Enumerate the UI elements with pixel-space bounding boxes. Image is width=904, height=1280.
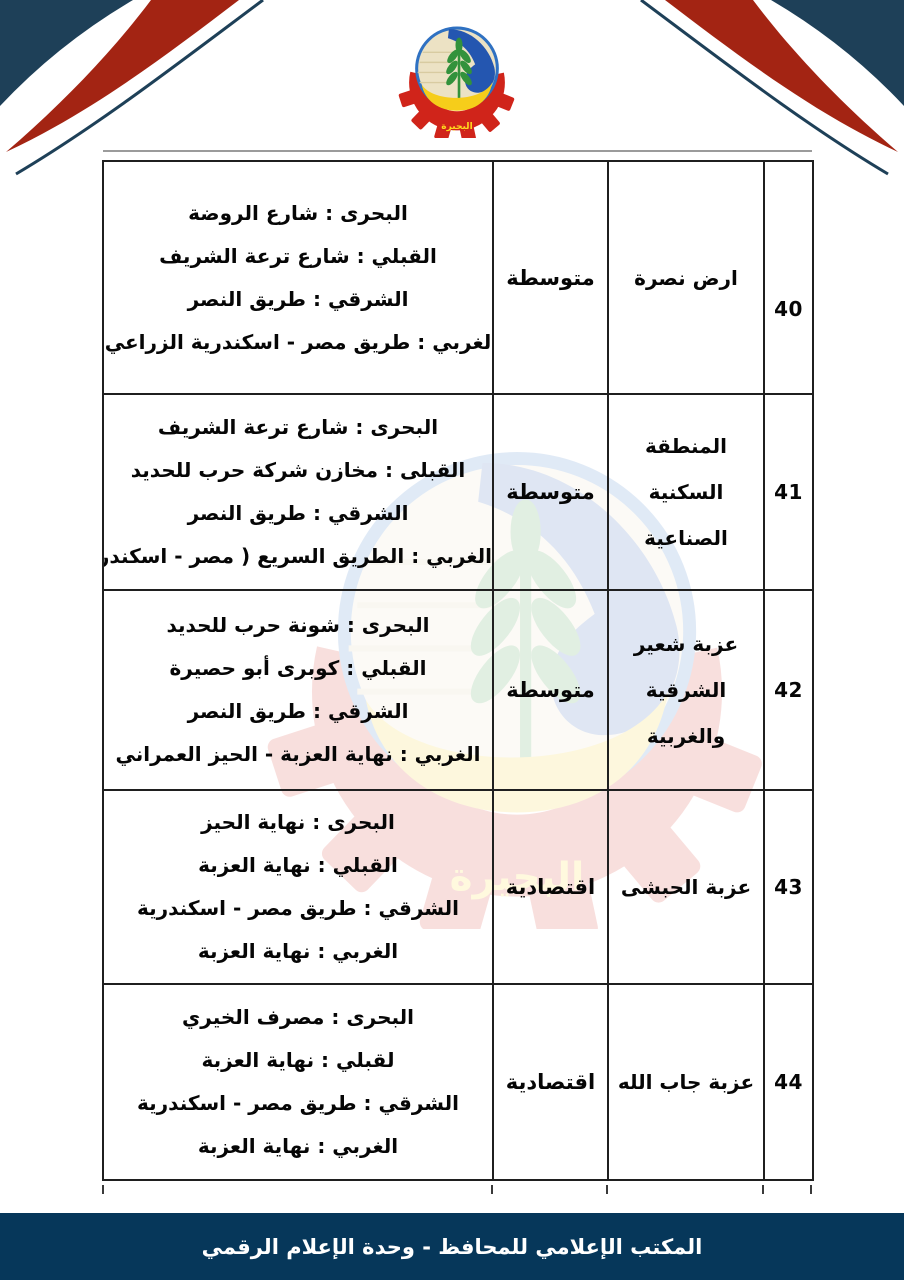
table-row: 42 عزبة شعير الشرقية والغربية متوسطة الب… [103, 590, 813, 790]
boundaries-cell: البحرى : شارع الروضة القبلي : شارع ترعة … [103, 161, 493, 394]
boundary-line-south: القبلي : شارع ترعة الشريف [104, 235, 492, 278]
document-page: البحيرة 40 ارض نصرة متوسطة [0, 0, 904, 1280]
row-number: 40 [764, 161, 813, 394]
boundaries-cell: البحرى : شارع ترعة الشريف القبلى : مخازن… [103, 394, 493, 590]
boundary-line-east: الشرقي : طريق النصر [104, 492, 492, 535]
boundary-line-east: الشرقي : طريق النصر [104, 278, 492, 321]
boundaries-table: 40 ارض نصرة متوسطة البحرى : شارع الروضة … [102, 160, 814, 1181]
row-number: 44 [764, 984, 813, 1180]
row-number: 43 [764, 790, 813, 984]
table-cut-line-top [103, 150, 812, 152]
boundaries-cell: البحرى : نهاية الحيز القبلي : نهاية العز… [103, 790, 493, 984]
classification: متوسطة [493, 394, 608, 590]
area-name: عزبة جاب الله [608, 984, 764, 1180]
boundary-line-west: الغربي : نهاية العزبة [104, 930, 492, 973]
boundary-line-east: الشرقي : طريق النصر [104, 690, 492, 733]
boundary-line-south: لقبلي : نهاية العزبة [104, 1039, 492, 1082]
table-row: 40 ارض نصرة متوسطة البحرى : شارع الروضة … [103, 161, 813, 394]
boundary-line-east: الشرقي : طريق مصر - اسكندرية [104, 1082, 492, 1125]
row-number: 41 [764, 394, 813, 590]
boundary-line-south: القبلى : مخازن شركة حرب للحديد [104, 449, 492, 492]
boundaries-cell: البحرى : شونة حرب للحديد القبلي : كوبرى … [103, 590, 493, 790]
footer-bar: المكتب الإعلامي للمحافظ - وحدة الإعلام ا… [0, 1213, 904, 1280]
boundary-line-north: البحرى : مصرف الخيري [104, 996, 492, 1039]
table-row: 41 المنطقة السكنية الصناعية متوسطة البحر… [103, 394, 813, 590]
right-ribbon [641, 0, 904, 174]
classification: متوسطة [493, 590, 608, 790]
boundary-line-south: القبلي : نهاية العزبة [104, 844, 492, 887]
table-row: 44 عزبة جاب الله اقتصادية البحرى : مصرف … [103, 984, 813, 1180]
table-row: 43 عزبة الحبشى اقتصادية البحرى : نهاية ا… [103, 790, 813, 984]
boundary-line-east: الشرقي : طريق مصر - اسكندرية [104, 887, 492, 930]
boundary-line-west: لغربي : طريق مصر - اسكندرية الزراعي [104, 321, 492, 364]
boundary-line-west: الغربي : نهاية العزبة [104, 1125, 492, 1168]
boundary-line-west: الغربي : نهاية العزبة - الحيز العمراني [104, 733, 492, 776]
classification: اقتصادية [493, 790, 608, 984]
area-name: عزبة الحبشى [608, 790, 764, 984]
classification: اقتصادية [493, 984, 608, 1180]
beheira-governorate-logo [396, 20, 518, 138]
area-name: عزبة شعير الشرقية والغربية [608, 590, 764, 790]
boundary-line-north: البحرى : شارع ترعة الشريف [104, 406, 492, 449]
area-name: المنطقة السكنية الصناعية [608, 394, 764, 590]
classification: متوسطة [493, 161, 608, 394]
row-number: 42 [764, 590, 813, 790]
footer-text: المكتب الإعلامي للمحافظ - وحدة الإعلام ا… [202, 1235, 703, 1259]
area-name: ارض نصرة [608, 161, 764, 394]
left-ribbon [0, 0, 263, 174]
table-cut-row-stub [0, 1185, 904, 1194]
boundary-line-north: البحرى : شارع الروضة [104, 192, 492, 235]
boundaries-cell: البحرى : مصرف الخيري لقبلي : نهاية العزب… [103, 984, 493, 1180]
boundary-line-south: القبلي : كوبرى أبو حصيرة [104, 647, 492, 690]
boundary-line-north: البحرى : نهاية الحيز [104, 801, 492, 844]
boundary-line-north: البحرى : شونة حرب للحديد [104, 604, 492, 647]
boundary-line-west: الغربي : الطريق السريع ( مصر - اسكندرية … [104, 535, 492, 578]
